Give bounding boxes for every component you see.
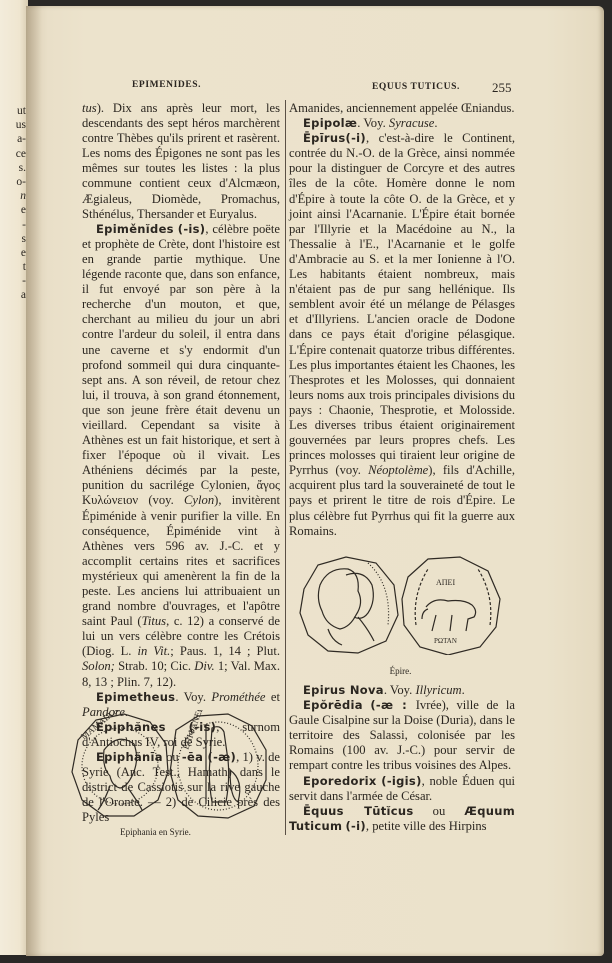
coin-illustration: ΜΑΜΑΙΑ ΑΥΓΟΥ ΕΠΙΦΑΝΕΩΝ xyxy=(68,710,273,822)
body-text: . xyxy=(434,116,437,130)
entry-epirus-nova: Epirus Nova. Voy. Illyricum. xyxy=(289,683,515,698)
body-text: Strab. 10; Cic. xyxy=(115,659,194,673)
body-text: ; Paus. 1, 14 ; Plut. xyxy=(170,644,280,658)
fragment: a xyxy=(0,288,26,302)
italic-text: Div. xyxy=(194,659,214,673)
right-column: Amanides, anciennement appelée Œniandus.… xyxy=(289,101,515,539)
body-text: . xyxy=(462,683,465,697)
figure-epiphania-coins: ΜΑΜΑΙΑ ΑΥΓΟΥ ΕΠΙΦΑΝΕΩΝ Epiphania en Syri… xyxy=(68,710,273,837)
body-text: , petite ville des Hirpins xyxy=(366,819,487,833)
headword: Epiměnĭdes xyxy=(96,222,174,236)
continuation-paragraph: tus). Dix ans après leur mort, les desce… xyxy=(82,101,280,222)
body-text: et xyxy=(266,690,280,704)
fragment: us xyxy=(0,118,26,132)
italic-text: Prométhée xyxy=(211,690,265,704)
entry-epirus: Ēpīrus(-i), c'est-à-dire le Continent, c… xyxy=(289,131,515,539)
previous-page-edge: ut us a- ce s. o- n e - s e t - a xyxy=(0,0,28,955)
fragment: e xyxy=(0,246,26,260)
continuation-paragraph: Amanides, anciennement appelée Œniandus. xyxy=(289,101,515,116)
body-text: ou xyxy=(414,804,465,818)
italic-text: Cylon xyxy=(184,493,214,507)
figure-caption: Épire. xyxy=(298,666,503,676)
reverse-legend-top: ΑΠΕΙ xyxy=(436,578,455,587)
italic-text: Néoptolème xyxy=(368,463,428,477)
entry-eporedia: Epŏrēdia (-æ : Ivrée), ville de la Gaule… xyxy=(289,698,515,773)
spine-shadow xyxy=(26,6,42,956)
headword: Epirus Nova xyxy=(303,683,384,697)
entry-equus-tuticus: Ēquus Tūtĭcus ou Æquum Tuticum (-i), pet… xyxy=(289,804,515,834)
inflection: (-is) xyxy=(178,222,206,236)
body-text: , c'est-à-dire le Continent, contrée du … xyxy=(289,131,515,477)
italic-text: Illyricum xyxy=(415,683,461,697)
fragment: s xyxy=(0,232,26,246)
body-text: . Voy. xyxy=(175,690,211,704)
fragment: e xyxy=(0,203,26,217)
body-text: ). Dix ans après leur mort, les descenda… xyxy=(82,101,280,221)
obverse-legend: ΜΑΜΑΙΑ ΑΥΓΟΥ xyxy=(79,710,139,742)
headword: Ēquus Tūtĭcus xyxy=(303,804,414,818)
coin-illustration: ΑΠΕΙ ΡΩΤΑΝ xyxy=(298,555,503,655)
inflection: (-æ : xyxy=(370,698,415,712)
body-text: ), invitèrent Épiménide à venir purifier… xyxy=(82,493,280,628)
italic-text: Solon; xyxy=(82,659,115,673)
fragment: s. xyxy=(0,161,26,175)
reverse-legend-bottom: ΡΩΤΑΝ xyxy=(434,637,457,645)
inflection: (-i) xyxy=(345,819,365,833)
figure-epire-coins: ΑΠΕΙ ΡΩΤΑΝ Épire. xyxy=(298,555,503,676)
italic-text: Syracuse xyxy=(389,116,434,130)
italic-text: in Vit. xyxy=(138,644,171,658)
body-text: . Voy. xyxy=(384,683,416,697)
headword: Epŏrēdia xyxy=(303,698,363,712)
italic-text: Titus xyxy=(142,614,167,628)
inflection: (-i) xyxy=(346,131,366,145)
headword: Ēpīrus xyxy=(303,131,346,145)
headword: Eporedorix xyxy=(303,774,377,788)
fragment: - xyxy=(0,218,26,232)
fragment: t xyxy=(0,260,26,274)
headword: Epipolæ xyxy=(303,116,357,130)
body-text: . Voy. xyxy=(357,116,389,130)
figure-caption: Epiphania en Syrie. xyxy=(38,827,273,837)
fragment: - xyxy=(0,274,26,288)
fragment: ut xyxy=(0,104,26,118)
previous-page-fragments: ut us a- ce s. o- n e - s e t - a xyxy=(0,104,26,303)
headword: Epimetheus xyxy=(96,690,175,704)
header-left-guideword: EPIMENIDES. xyxy=(132,80,201,90)
right-column-lower: Epirus Nova. Voy. Illyricum. Epŏrēdia (-… xyxy=(289,683,515,834)
fragment: n xyxy=(0,189,26,203)
italic-text: tus xyxy=(82,101,97,115)
fragment: o- xyxy=(0,175,26,189)
header-right-guideword: EQUUS TUTICUS. xyxy=(372,82,460,92)
fragment: a- xyxy=(0,132,26,146)
running-header: EPIMENIDES. EQUUS TUTICUS. 255 xyxy=(0,80,612,98)
entry-eporedorix: Eporedorix (-igis), noble Éduen qui serv… xyxy=(289,774,515,804)
inflection: (-igis) xyxy=(381,774,421,788)
entry-epipolae: Epipolæ. Voy. Syracuse. xyxy=(289,116,515,131)
column-divider xyxy=(285,100,286,835)
entry-epimenides: Epiměnĭdes (-is), célèbre poëte et proph… xyxy=(82,222,280,690)
body-text: , célèbre poëte et prophète de Crète, do… xyxy=(82,222,280,508)
fragment: ce xyxy=(0,147,26,161)
page-number: 255 xyxy=(492,80,512,96)
